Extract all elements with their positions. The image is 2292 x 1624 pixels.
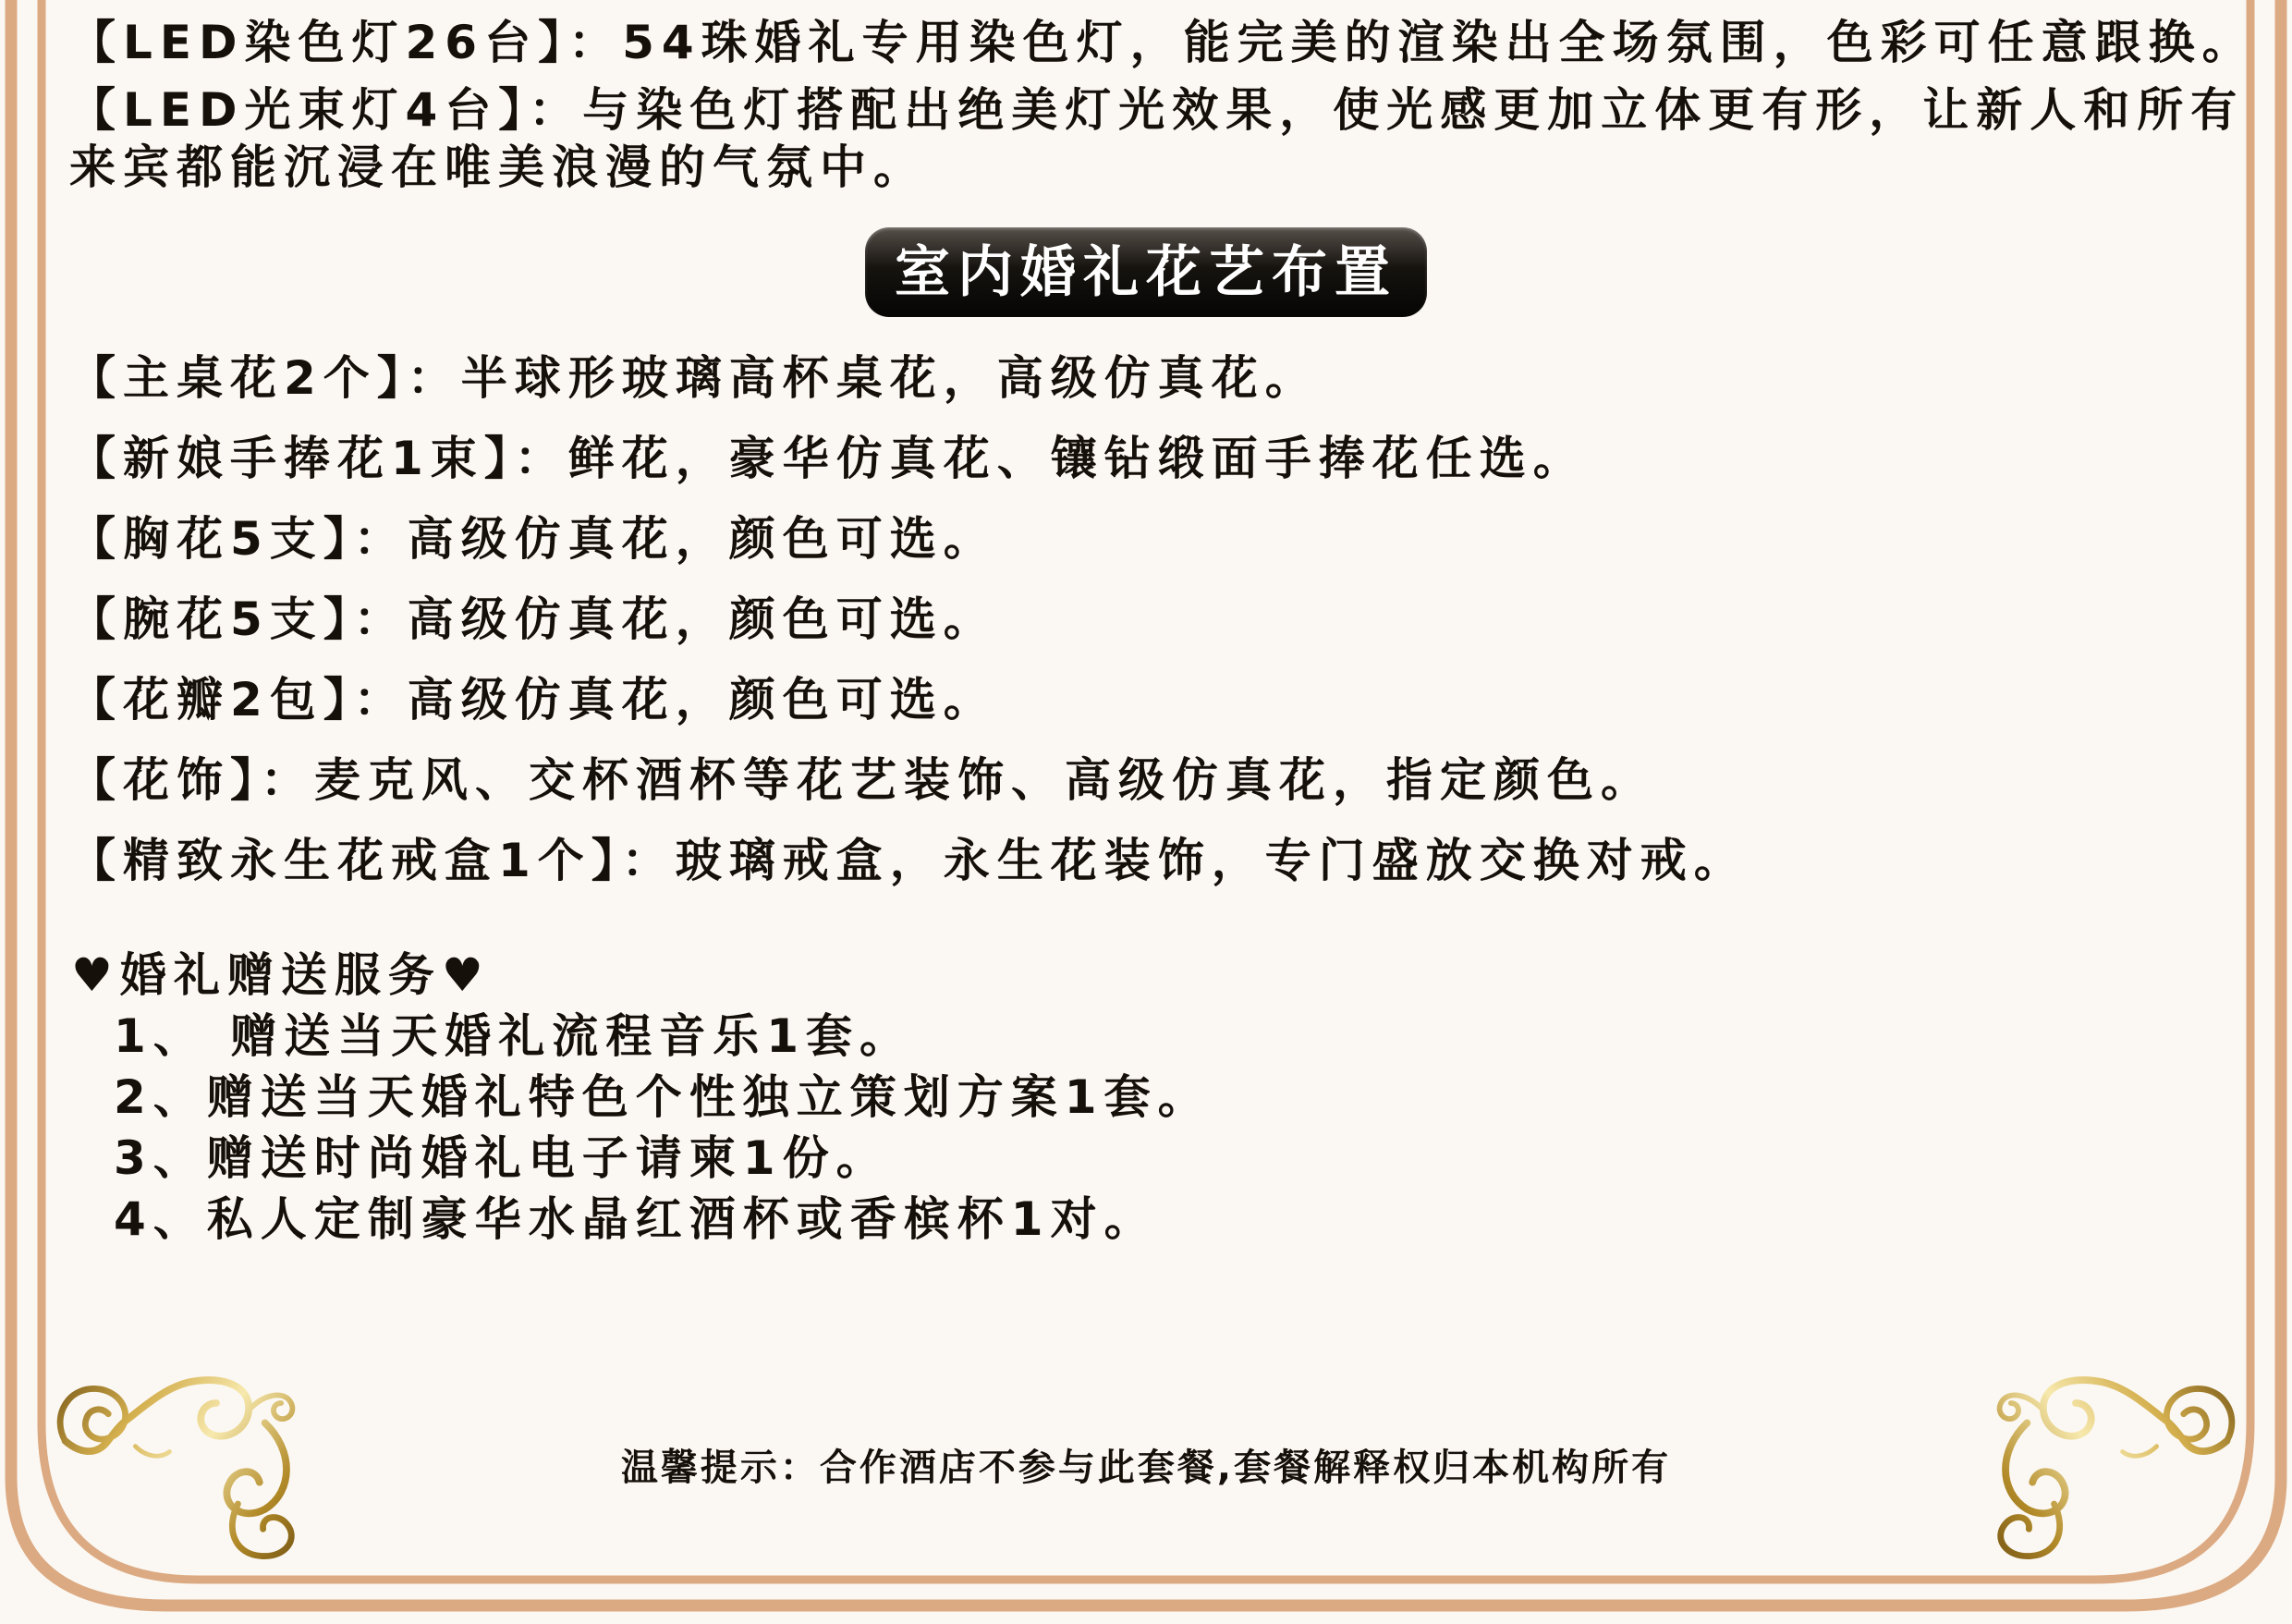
section-title-badge: 室内婚礼花艺布置 <box>865 227 1427 317</box>
poster-content: 【LED染色灯26台】：54珠婚礼专用染色灯，能完美的渲染出全场氛围，色彩可任意… <box>0 0 2292 1624</box>
lighting-line-beam-wrap: 来宾都能沉浸在唯美浪漫的气氛中。 <box>69 139 2244 196</box>
gift-item-planning: 2、赠送当天婚礼特色个性独立策划方案1套。 <box>114 1067 1212 1128</box>
flower-item-wrist-flower: 【腕花5支】：高级仿真花，颜色可选。 <box>69 580 1748 660</box>
gift-item-music: 1、 赠送当天婚礼流程音乐1套。 <box>114 1006 1212 1067</box>
lighting-line-dye: 【LED染色灯26台】：54珠婚礼专用染色灯，能完美的渲染出全场氛围，色彩可任意… <box>69 9 2256 76</box>
flower-item-bridal-bouquet: 【新娘手捧花1束】：鲜花，豪华仿真花、镶钻缎面手捧花任选。 <box>69 419 1748 499</box>
gift-services-title: ♥婚礼赠送服务♥ <box>71 945 1212 1006</box>
lighting-paragraph-1: 【LED染色灯26台】：54珠婚礼专用染色灯，能完美的渲染出全场氛围，色彩可任意… <box>69 9 2256 76</box>
flower-item-ring-box: 【精致永生花戒盒1个】：玻璃戒盒，永生花装饰，专门盛放交换对戒。 <box>69 821 1748 901</box>
lighting-line-beam: 【LED光束灯4台】：与染色灯搭配出绝美灯光效果，使光感更加立体更有形，让新人和… <box>69 81 2244 139</box>
gift-item-glasses: 4、私人定制豪华水晶红酒杯或香槟杯1对。 <box>114 1189 1212 1250</box>
gift-item-invitation: 3、赠送时尚婚礼电子请柬1份。 <box>114 1128 1212 1189</box>
flower-item-main-table: 【主桌花2个】：半球形玻璃高杯桌花，高级仿真花。 <box>69 338 1748 419</box>
section-title: 室内婚礼花艺布置 <box>895 240 1397 305</box>
flower-items-list: 【主桌花2个】：半球形玻璃高杯桌花，高级仿真花。 【新娘手捧花1束】：鲜花，豪华… <box>69 338 1748 901</box>
flower-item-floral-decor: 【花饰】：麦克风、交杯酒杯等花艺装饰、高级仿真花，指定颜色。 <box>69 740 1748 821</box>
lighting-paragraph-2: 【LED光束灯4台】：与染色灯搭配出绝美灯光效果，使光感更加立体更有形，让新人和… <box>69 81 2244 196</box>
footer-warm-tip: 温馨提示：合作酒店不参与此套餐,套餐解释权归本机构所有 <box>0 1438 2292 1491</box>
flower-item-petals: 【花瓣2包】：高级仿真花，颜色可选。 <box>69 660 1748 740</box>
flower-item-corsage: 【胸花5支】：高级仿真花，颜色可选。 <box>69 499 1748 580</box>
gift-services-section: ♥婚礼赠送服务♥ 1、 赠送当天婚礼流程音乐1套。 2、赠送当天婚礼特色个性独立… <box>71 945 1212 1250</box>
